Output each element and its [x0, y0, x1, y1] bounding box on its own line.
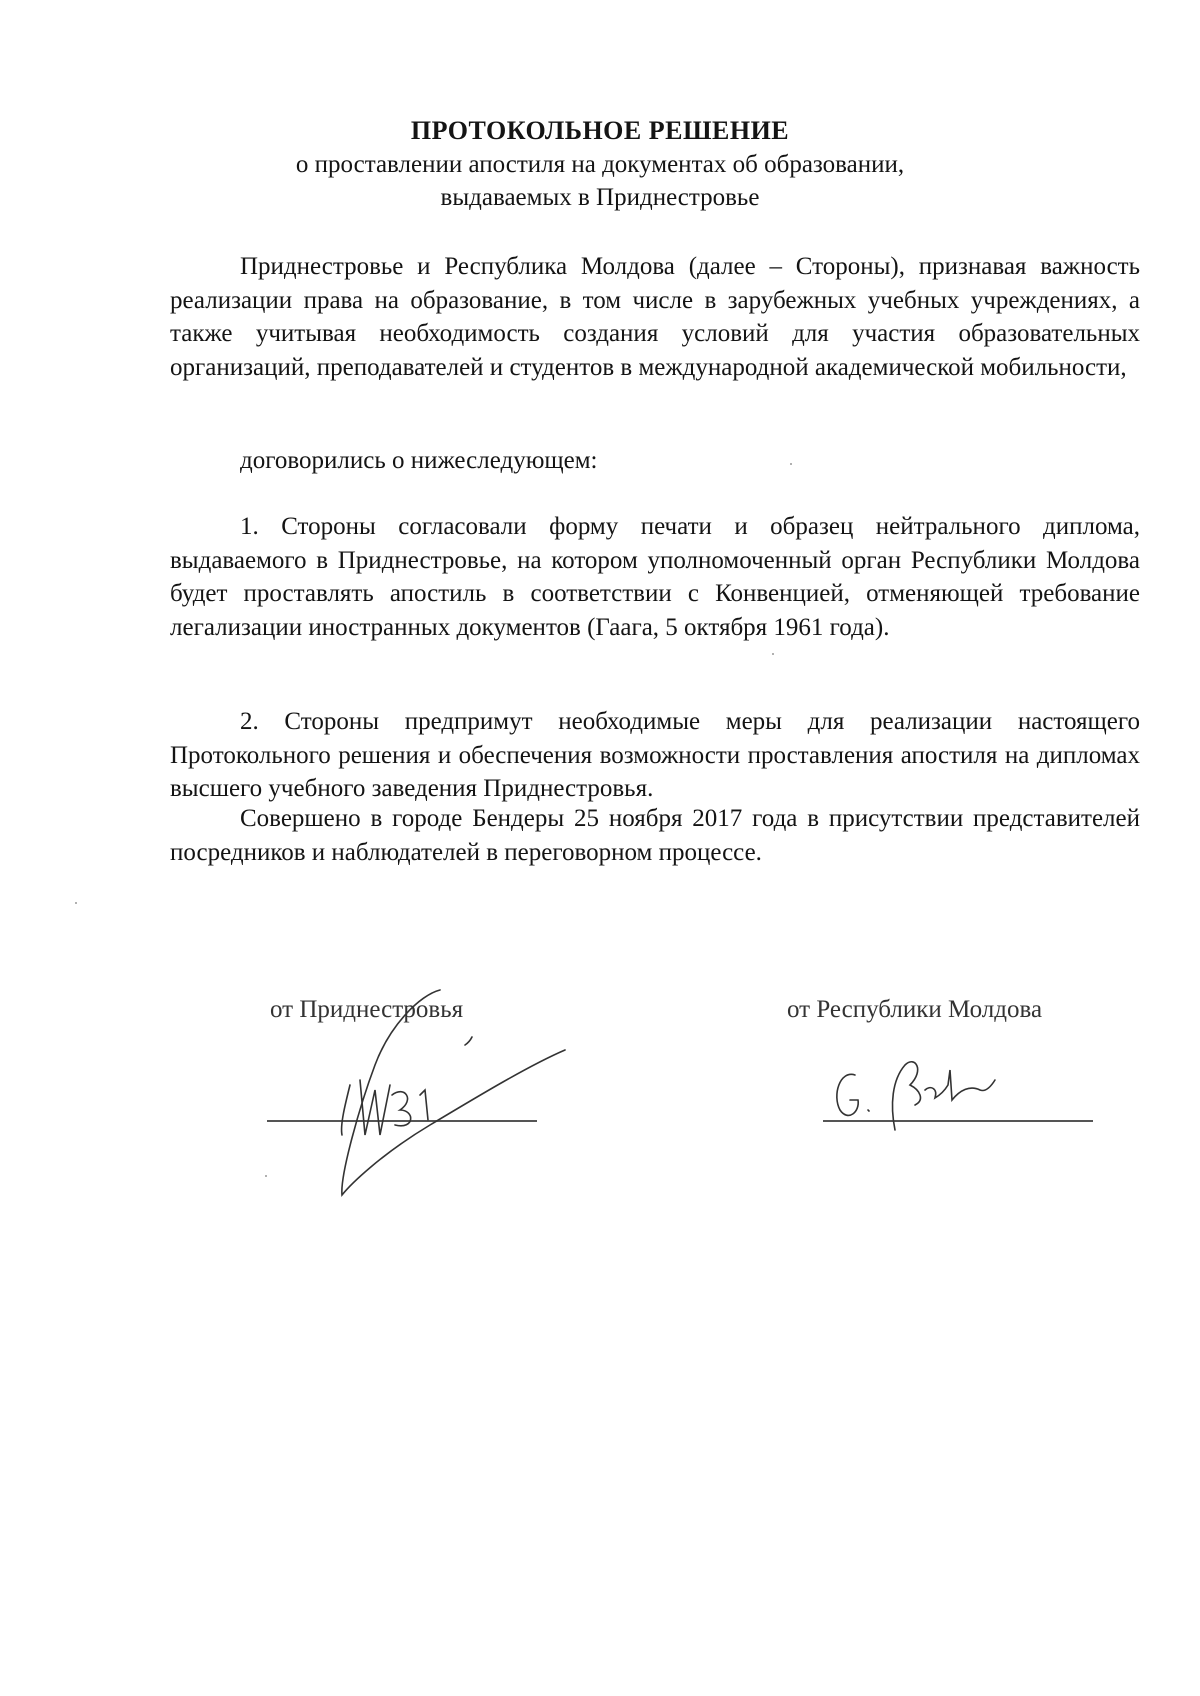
signature-right-icon	[820, 1050, 1060, 1150]
scan-artifact	[75, 902, 77, 904]
document-subtitle-line1: о проставлении апостиля на документах об…	[0, 151, 1200, 179]
item-2-text: 2. Стороны предпримут необходимые меры д…	[170, 708, 1140, 802]
item-1-paragraph: 1. Стороны согласовали форму печати и об…	[170, 510, 1140, 644]
scan-artifact	[772, 653, 774, 655]
signature-left-icon	[320, 985, 580, 1205]
agreed-paragraph: договорились о нижеследующем:	[240, 444, 840, 478]
item-1-text: 1. Стороны согласовали форму печати и об…	[170, 513, 1140, 641]
signature-label-right: от Республики Молдова	[787, 996, 1042, 1024]
scan-artifact	[265, 1175, 267, 1177]
intro-text: Приднестровье и Республика Молдова (дале…	[170, 253, 1140, 381]
intro-paragraph: Приднестровье и Республика Молдова (дале…	[170, 250, 1140, 384]
item-2-paragraph: 2. Стороны предпримут необходимые меры д…	[170, 705, 1140, 806]
done-text: Совершено в городе Бендеры 25 ноября 201…	[170, 805, 1140, 866]
document-title: ПРОТОКОЛЬНОЕ РЕШЕНИЕ	[0, 116, 1200, 146]
document-page: ПРОТОКОЛЬНОЕ РЕШЕНИЕ о проставлении апос…	[0, 0, 1200, 1696]
done-paragraph: Совершено в городе Бендеры 25 ноября 201…	[170, 802, 1140, 869]
document-subtitle-line2: выдаваемых в Приднестровье	[0, 184, 1200, 212]
scan-artifact	[790, 463, 792, 465]
